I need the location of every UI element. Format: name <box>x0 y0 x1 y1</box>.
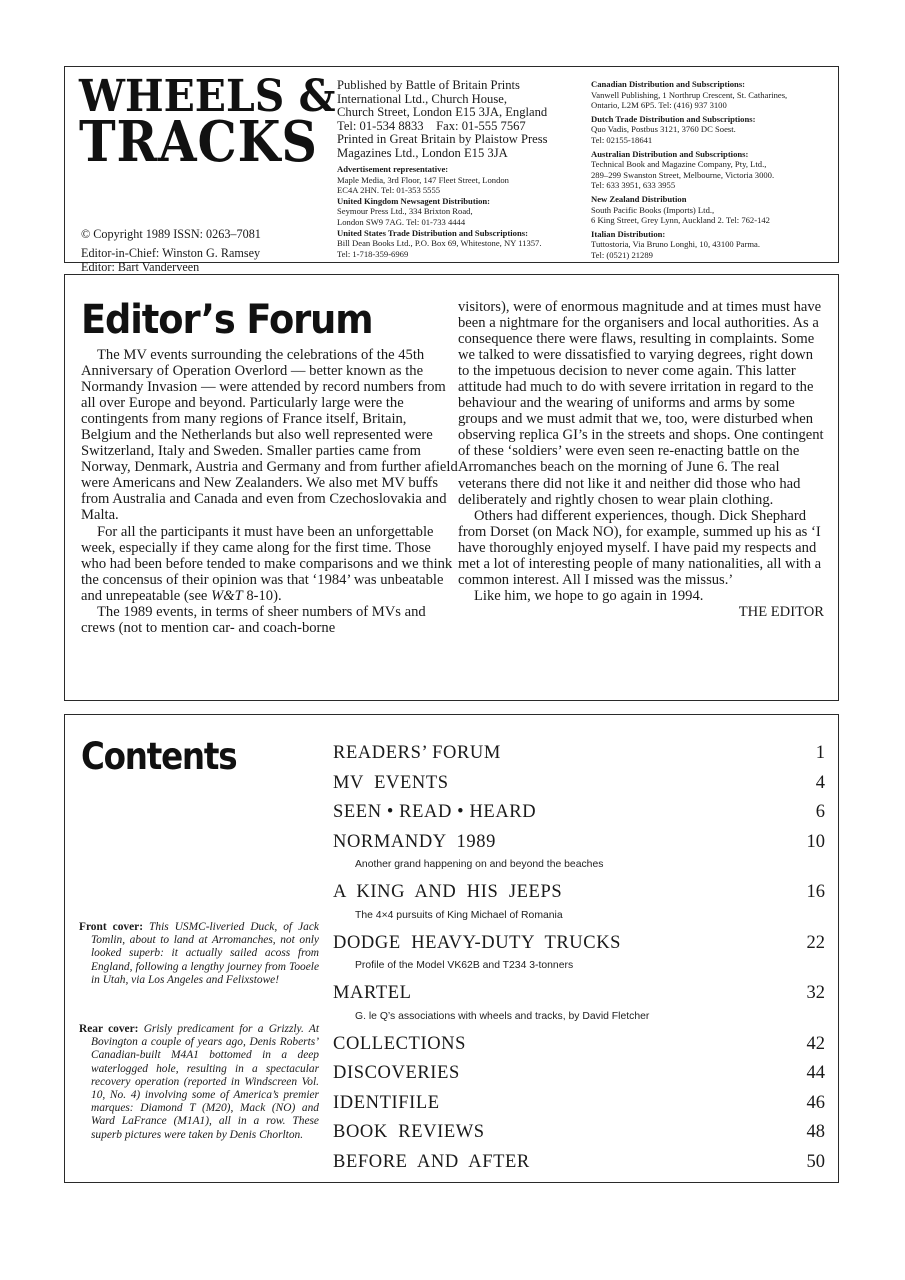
editor-in-chief: Editor-in-Chief: Winston G. Ramsey <box>81 246 260 260</box>
toc-item-king-and-his-jeeps[interactable]: A KING AND HIS JEEPS16 The 4×4 pursuits … <box>333 878 825 929</box>
toc-item-book-reviews[interactable]: BOOK REVIEWS48 <box>333 1118 825 1148</box>
forum-signoff: THE EDITOR <box>458 604 824 620</box>
canadian-distribution: Canadian Distribution and Subscriptions:… <box>591 79 836 111</box>
toc-page: 44 <box>807 1059 826 1089</box>
editor: Editor: Bart Vanderveen <box>81 260 199 274</box>
logo-line-2: TRACKS <box>79 117 295 169</box>
toc-item-dodge-heavy-duty-trucks[interactable]: DODGE HEAVY-DUTY TRUCKS22 Profile of the… <box>333 929 825 980</box>
toc-title: DISCOVERIES <box>333 1059 460 1089</box>
toc-item-normandy-1989[interactable]: NORMANDY 198910 Another grand happening … <box>333 828 825 879</box>
toc-page: 4 <box>816 769 825 799</box>
toc-subtitle: G. le Q’s associations with wheels and t… <box>333 1009 825 1030</box>
toc-item-martel[interactable]: MARTEL32 G. le Q’s associations with whe… <box>333 979 825 1030</box>
new-zealand-distribution: New Zealand Distribution South Pacific B… <box>591 194 836 226</box>
toc-title: SEEN • READ • HEARD <box>333 798 536 828</box>
forum-title: Editor’s Forum <box>81 297 373 343</box>
editors-forum-box: Editor’s Forum The MV events surrounding… <box>64 274 839 701</box>
toc-title: READERS’ FORUM <box>333 739 501 769</box>
toc-title: NORMANDY 1989 <box>333 828 496 858</box>
toc-item-discoveries[interactable]: DISCOVERIES44 <box>333 1059 825 1089</box>
toc-page: 50 <box>807 1148 826 1178</box>
toc-item-collections[interactable]: COLLECTIONS42 <box>333 1030 825 1060</box>
publisher-address: Published by Battle of Britain Prints In… <box>337 79 592 160</box>
toc-page: 1 <box>816 739 825 769</box>
copyright-line: © Copyright 1989 ISSN: 0263–7081 <box>81 227 326 241</box>
forum-paragraph: For all the participants it must have be… <box>81 524 459 604</box>
table-of-contents: READERS’ FORUM1 MV EVENTS4 SEEN • READ •… <box>333 739 825 1177</box>
forum-paragraph: Others had different experiences, though… <box>458 508 828 588</box>
italian-distribution: Italian Distribution: Tuttostoria, Via B… <box>591 229 836 261</box>
contents-box: Contents Front cover: This USMC-liveried… <box>64 714 839 1183</box>
forum-paragraph: Like him, we hope to go again in 1994. <box>458 588 828 604</box>
magazine-reference: W&T <box>211 588 243 604</box>
toc-item-readers-forum[interactable]: READERS’ FORUM1 <box>333 739 825 769</box>
toc-title: A KING AND HIS JEEPS <box>333 878 562 908</box>
toc-title: IDENTIFILE <box>333 1089 440 1119</box>
toc-subtitle: The 4×4 pursuits of King Michael of Roma… <box>333 908 825 929</box>
forum-column-left: The MV events surrounding the celebratio… <box>81 347 459 636</box>
distribution-contacts-left: Advertisement representative: Maple Medi… <box>337 164 592 259</box>
toc-item-before-and-after[interactable]: BEFORE AND AFTER50 <box>333 1148 825 1178</box>
masthead-box: WHEELS & TRACKS © Copyright 1989 ISSN: 0… <box>64 66 839 263</box>
toc-page: 16 <box>807 878 826 908</box>
dutch-distribution: Dutch Trade Distribution and Subscriptio… <box>591 114 836 146</box>
toc-page: 32 <box>807 979 826 1009</box>
toc-subtitle: Another grand happening on and beyond th… <box>333 857 825 878</box>
toc-title: COLLECTIONS <box>333 1030 466 1060</box>
toc-title: BOOK REVIEWS <box>333 1118 485 1148</box>
forum-paragraph: The 1989 events, in terms of sheer numbe… <box>81 604 459 636</box>
forum-paragraph: visitors), were of enormous magnitude an… <box>458 299 828 508</box>
toc-page: 48 <box>807 1118 826 1148</box>
toc-title: MV EVENTS <box>333 769 449 799</box>
rear-cover-caption: Rear cover: Grisly predicament for a Gri… <box>79 1023 319 1142</box>
toc-page: 42 <box>807 1030 826 1060</box>
toc-page: 46 <box>807 1089 826 1119</box>
editor-credits: Editor-in-Chief: Winston G. Ramsey Edito… <box>81 246 326 274</box>
publisher-column: Published by Battle of Britain Prints In… <box>337 79 592 259</box>
toc-page: 6 <box>816 798 825 828</box>
australian-distribution: Australian Distribution and Subscription… <box>591 149 836 191</box>
forum-column-right: visitors), were of enormous magnitude an… <box>458 299 828 620</box>
toc-subtitle: Profile of the Model VK62B and T234 3-to… <box>333 958 825 979</box>
forum-paragraph: The MV events surrounding the celebratio… <box>81 347 459 524</box>
toc-page: 10 <box>807 828 826 858</box>
toc-page: 22 <box>807 929 826 959</box>
toc-item-mv-events[interactable]: MV EVENTS4 <box>333 769 825 799</box>
magazine-logo: WHEELS & TRACKS <box>79 77 324 169</box>
toc-title: DODGE HEAVY-DUTY TRUCKS <box>333 929 621 959</box>
toc-item-identifile[interactable]: IDENTIFILE46 <box>333 1089 825 1119</box>
distribution-contacts-right: Canadian Distribution and Subscriptions:… <box>591 79 836 264</box>
front-cover-caption: Front cover: This USMC-liveried Duck, of… <box>79 921 319 987</box>
toc-title: BEFORE AND AFTER <box>333 1148 530 1178</box>
toc-item-seen-read-heard[interactable]: SEEN • READ • HEARD6 <box>333 798 825 828</box>
contents-title: Contents <box>81 735 236 778</box>
toc-title: MARTEL <box>333 979 412 1009</box>
